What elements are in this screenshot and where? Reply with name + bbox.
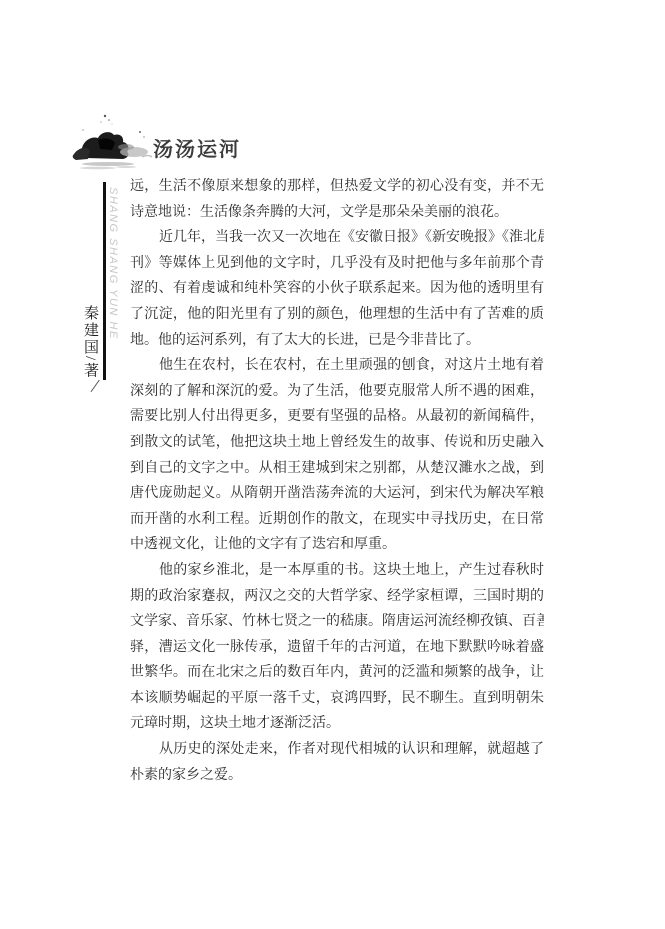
text-line: 他的家乡淮北，是一本厚重的书。这块土地上，产生过春秋时 [130, 558, 544, 584]
text-line: 期的政治家蹇叔，两汉之交的大哲学家、经学家桓谭，三国时期的 [130, 584, 544, 610]
text-line: 他生在农村，长在农村，在土里顽强的刨食，对这片土地有着 [130, 353, 544, 379]
text-line: 地。他的运河系列，有了太大的长进，已是今非昔比了。 [130, 328, 544, 354]
text-line: 到散文的试笔，他把这块土地上曾经发生的故事、传说和历史融入 [130, 430, 544, 456]
text-line: 涩的、有着虔诚和纯朴笑容的小伙子联系起来。因为他的透明里有 [130, 276, 544, 302]
author-name: 秦建国/著 [80, 305, 101, 385]
text-line: 需要比别人付出得更多，更要有坚强的品格。从最初的新闻稿件， [130, 404, 544, 430]
text-line: 诗意地说：生活像条奔腾的大河，文学是那朵朵美丽的浪花。 [130, 200, 544, 226]
text-line: 而开凿的水利工程。近期创作的散文，在现实中寻找历史，在日常 [130, 507, 544, 533]
text-line: 唐代庞勋起义。从隋朝开凿浩荡奔流的大运河，到宋代为解决军粮 [130, 481, 544, 507]
body-text: 远，生活不像原来想象的那样，但热爱文学的初心没有变，并不无诗意地说：生活像条奔腾… [130, 174, 544, 788]
text-line: 元璋时期，这块土地才逐渐泛活。 [130, 711, 544, 737]
text-line: 了沉淀，他的阳光里有了别的颜色，他理想的生活中有了苦难的质 [130, 302, 544, 328]
text-line: 中透视文化，让他的文字有了迭宕和厚重。 [130, 532, 544, 558]
text-line: 文学家、音乐家、竹林七贤之一的嵇康。隋唐运河流经柳孜镇、百善 [130, 609, 544, 635]
series-title-pinyin: SHANG SHANG YUN HE [107, 187, 119, 347]
book-page: 汤汤运河 SHANG SHANG YUN HE 秦建国/著 / 远，生活不像原来… [0, 0, 665, 929]
ink-wash-logo-icon [68, 110, 154, 174]
vertical-rule [103, 182, 106, 380]
text-line: 世繁华。而在北宋之后的数百年内，黄河的泛滥和频繁的战争，让 [130, 660, 544, 686]
text-line: 深刻的了解和深沉的爱。为了生活，他要克服常人所不遇的困难， [130, 379, 544, 405]
text-line: 本该顺势崛起的平原一落千丈，哀鸿四野，民不聊生。直到明朝朱 [130, 686, 544, 712]
text-line: 到自己的文字之中。从相王建城到宋之别都，从楚汉濉水之战，到 [130, 456, 544, 482]
text-line: 近几年，当我一次又一次地在《安徽日报》《新安晚报》《淮北晨 [130, 225, 544, 251]
text-line: 远，生活不像原来想象的那样，但热爱文学的初心没有变，并不无 [130, 174, 544, 200]
text-line: 朴素的家乡之爱。 [130, 763, 544, 789]
text-line: 从历史的深处走来，作者对现代相城的认识和理解，就超越了 [130, 737, 544, 763]
chapter-title: 汤汤运河 [153, 133, 241, 162]
text-line: 刊》等媒体上见到他的文字时，几乎没有及时把他与多年前那个青 [130, 251, 544, 277]
text-line: 驿，漕运文化一脉传承，遗留千年的古河道，在地下默默吟咏着盛 [130, 635, 544, 661]
